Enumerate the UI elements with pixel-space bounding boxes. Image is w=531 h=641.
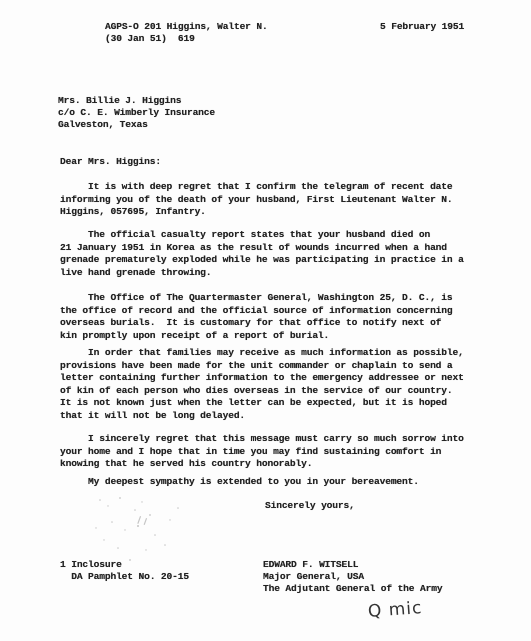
faded-stamp-mark [80,480,210,570]
paragraph-line: My deepest sympathy is extended to you i… [60,476,419,489]
recipient-care-of: c/o C. E. Wimberly Insurance [58,107,215,119]
paragraph-line: the office of record and the official so… [60,305,453,318]
paragraph-line: informing you of the death of your husba… [60,194,453,207]
paragraph-2: The official casualty report states that… [60,229,464,279]
paragraph-6: My deepest sympathy is extended to you i… [60,476,419,489]
complimentary-close: Sincerely yours, [265,500,355,512]
paragraph-line: The Office of The Quartermaster General,… [60,292,453,305]
signatory-title: The Adjutant General of the Army [263,583,442,595]
letter-date: 5 February 1951 [380,21,464,33]
enclosure-item: DA Pamphlet No. 20-15 [60,571,189,583]
paragraph-line: I sincerely regret that this message mus… [60,433,464,446]
paragraph-3: The Office of The Quartermaster General,… [60,292,453,342]
signatory-rank: Major General, USA [263,571,364,583]
paragraph-line: that it will not be long delayed. [60,410,464,423]
paragraph-line: Higgins, 057695, Infantry. [60,206,453,219]
recipient-name: Mrs. Billie J. Higgins [58,95,181,107]
paragraph-line: In order that families may receive as mu… [60,347,464,360]
paragraph-line: live hand grenade throwing. [60,267,464,280]
paragraph-line: 21 January 1951 in Korea as the result o… [60,242,464,255]
paragraph-line: grenade prematurely exploded while he wa… [60,254,464,267]
paragraph-5: I sincerely regret that this message mus… [60,433,464,471]
enclosure-count: 1 Inclosure [60,559,122,571]
paragraph-line: It is with deep regret that I confirm th… [60,181,453,194]
paragraph-line: your home and I hope that in time you ma… [60,446,464,459]
paragraph-line: provisions have been made for the unit c… [60,360,464,373]
paragraph-line: overseas burials. It is customary for th… [60,317,453,330]
paragraph-line: letter containing further information to… [60,372,464,385]
reference-line-2: (30 Jan 51) 619 [105,33,195,45]
paragraph-line: The official casualty report states that… [60,229,464,242]
paragraph-line: kin promptly upon receipt of a report of… [60,330,453,343]
signatory-name: EDWARD F. WITSELL [263,559,358,571]
salutation: Dear Mrs. Higgins: [60,156,161,168]
paragraph-line: It is not known just when the letter can… [60,397,464,410]
paragraph-line: knowing that he served his country honor… [60,458,464,471]
handwritten-annotation: Q mic [367,598,423,622]
letter-page: AGPS-O 201 Higgins, Walter N. (30 Jan 51… [0,0,531,641]
reference-line-1: AGPS-O 201 Higgins, Walter N. [105,21,268,33]
recipient-city: Galveston, Texas [58,119,148,131]
paragraph-1: It is with deep regret that I confirm th… [60,181,453,219]
paragraph-line: of kin of each person who dies overseas … [60,385,464,398]
paragraph-4: In order that families may receive as mu… [60,347,464,422]
